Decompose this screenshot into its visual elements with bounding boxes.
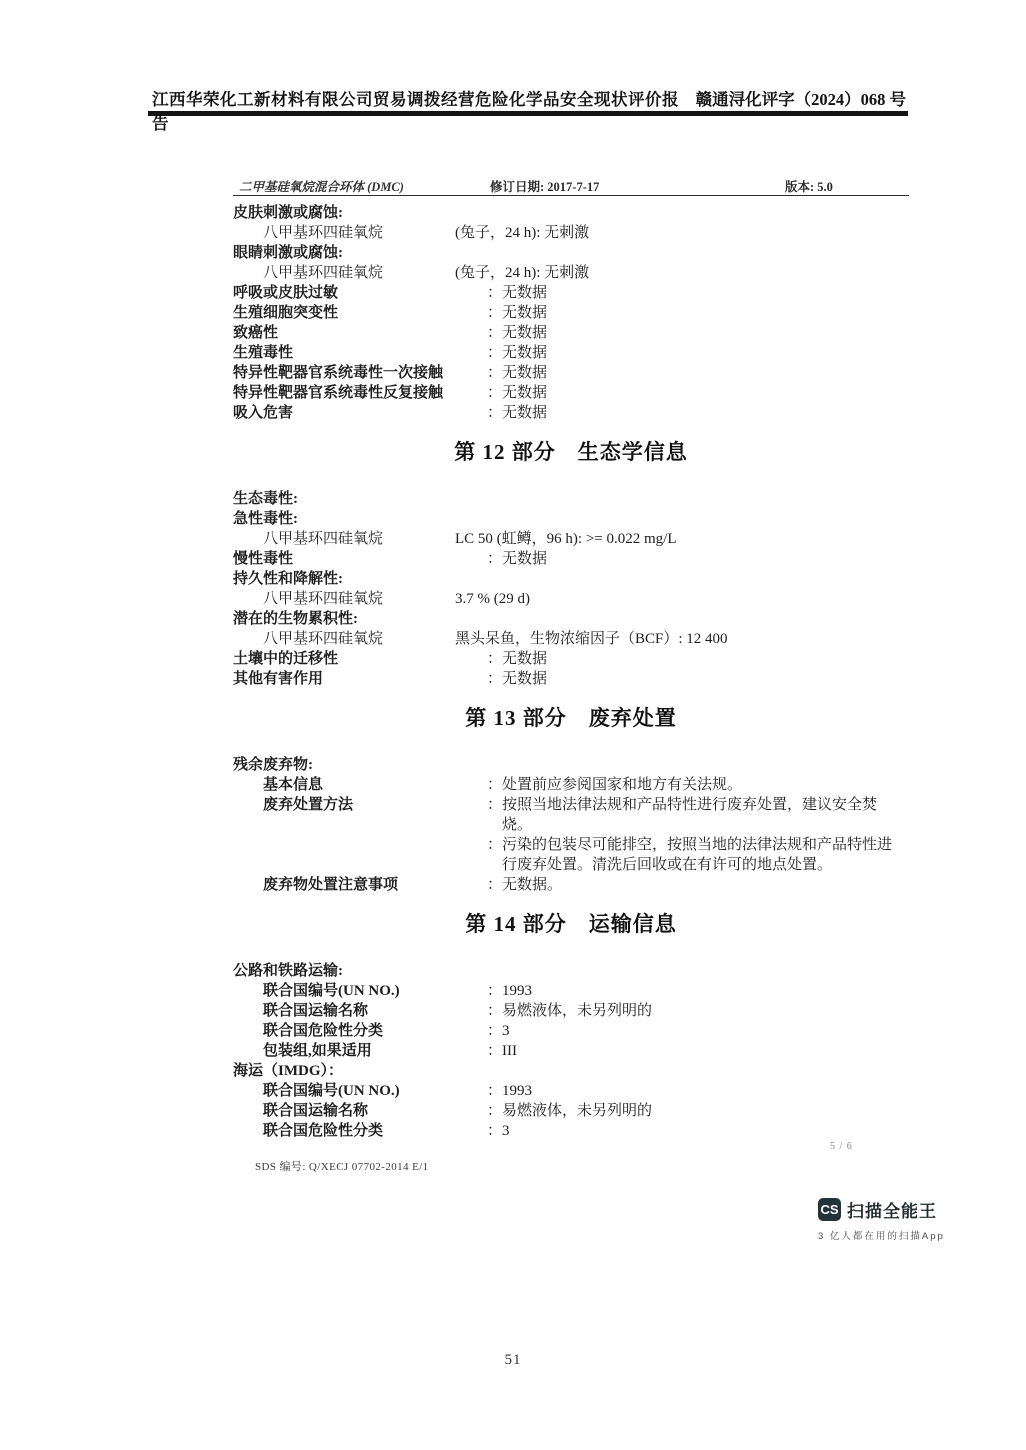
doc-row: 联合国危险性分类：3: [233, 1021, 909, 1041]
doc-row: 基本信息：处置前应参阅国家和地方有关法规。: [233, 775, 909, 795]
row-value: ：无数据: [487, 283, 902, 303]
section-heading: 第 14 部分 运输信息: [233, 909, 909, 939]
doc-row: 海运（IMDG）：: [233, 1061, 909, 1081]
row-label: 生殖细胞突变性: [233, 303, 487, 323]
doc-row: 联合国运输名称：易燃液体，未另列明的: [233, 1101, 909, 1121]
camscanner-watermark: CS 扫描全能王 3 亿人都在用的扫描App: [818, 1197, 988, 1242]
row-value: ：无数据: [487, 343, 902, 363]
sds-code: SDS 编号: Q/XECJ 07702-2014 E/1: [255, 1158, 429, 1174]
row-value: ：无数据: [487, 649, 902, 669]
doc-row: 慢性毒性：无数据: [233, 549, 909, 569]
row-label: 生殖毒性: [233, 343, 487, 363]
sds-version: 版本: 5.0: [785, 177, 833, 195]
row-label: 潜在的生物累积性:: [233, 609, 358, 629]
row-label: 皮肤刺激或腐蚀:: [233, 203, 343, 223]
doc-row: 联合国编号(UN NO.)：1993: [233, 981, 909, 1001]
row-value: 黑头呆鱼，生物浓缩因子（BCF）: 12 400: [455, 629, 870, 649]
row-value: ：无数据: [487, 323, 902, 343]
row-label: 联合国危险性分类: [233, 1121, 487, 1141]
doc-row: 八甲基环四硅氧烷LC 50 (虹鳟，96 h): >= 0.022 mg/L: [233, 529, 909, 549]
report-title: 江西华荣化工新材料有限公司贸易调拨经营危险化学品安全现状评价报告: [152, 86, 696, 134]
doc-row: 八甲基环四硅氧烷(兔子，24 h): 无刺激: [233, 263, 909, 283]
row-label: 联合国运输名称: [233, 1001, 487, 1021]
row-value: ：污染的包装尽可能排空，按照当地的法律法规和产品特性进行废弃处置。清洗后回收或在…: [487, 835, 902, 875]
row-label: 废弃物处置注意事项: [233, 875, 487, 895]
report-header: 江西华荣化工新材料有限公司贸易调拨经营危险化学品安全现状评价报告 赣通浔化评字（…: [152, 86, 906, 134]
doc-row: 八甲基环四硅氧烷3.7 % (29 d): [233, 589, 909, 609]
row-label: 八甲基环四硅氧烷: [233, 529, 455, 549]
camscanner-tagline: 3 亿人都在用的扫描App: [818, 1228, 988, 1242]
row-label: 八甲基环四硅氧烷: [233, 629, 455, 649]
row-label: 土壤中的迁移性: [233, 649, 487, 669]
doc-row: 废弃处置方法：按照当地法律法规和产品特性进行废弃处置，建议安全焚烧。: [233, 795, 909, 835]
row-label: 八甲基环四硅氧烷: [233, 589, 455, 609]
sds-body: 皮肤刺激或腐蚀:八甲基环四硅氧烷(兔子，24 h): 无刺激眼睛刺激或腐蚀:八甲…: [233, 203, 909, 1141]
doc-row: 致癌性：无数据: [233, 323, 909, 343]
cs-badge-icon: CS: [818, 1198, 841, 1221]
row-label: 八甲基环四硅氧烷: [233, 263, 455, 283]
report-doc-number: 赣通浔化评字（2024）068 号: [696, 86, 906, 110]
doc-row: 吸入危害：无数据: [233, 403, 909, 423]
doc-row: 呼吸或皮肤过敏：无数据: [233, 283, 909, 303]
row-label: 海运（IMDG）：: [233, 1061, 343, 1081]
row-value: ：处置前应参阅国家和地方有关法规。: [487, 775, 902, 795]
doc-row: 眼睛刺激或腐蚀:: [233, 243, 909, 263]
row-value: ：1993: [487, 981, 902, 1001]
row-label: 眼睛刺激或腐蚀:: [233, 243, 343, 263]
row-label: 生态毒性:: [233, 489, 298, 509]
row-label: 急性毒性:: [233, 509, 298, 529]
row-value: ：无数据: [487, 383, 902, 403]
row-label: 联合国编号(UN NO.): [233, 1081, 487, 1101]
row-label: 八甲基环四硅氧烷: [233, 223, 455, 243]
row-label: 慢性毒性: [233, 549, 487, 569]
doc-row: 潜在的生物累积性:: [233, 609, 909, 629]
row-value: (兔子，24 h): 无刺激: [455, 263, 870, 283]
sds-title-row: 二甲基硅氧烷混合环体 (DMC) 修订日期: 2017-7-17 版本: 5.0: [233, 176, 909, 196]
row-label: 公路和铁路运输:: [233, 961, 343, 981]
doc-row: 持久性和降解性:: [233, 569, 909, 589]
row-label: 呼吸或皮肤过敏: [233, 283, 487, 303]
row-value: ：3: [487, 1121, 902, 1141]
doc-row: 生态毒性:: [233, 489, 909, 509]
doc-row: ：污染的包装尽可能排空，按照当地的法律法规和产品特性进行废弃处置。清洗后回收或在…: [233, 835, 909, 875]
doc-row: 其他有害作用：无数据: [233, 669, 909, 689]
row-value: ：易燃液体，未另列明的: [487, 1101, 902, 1121]
doc-row: 联合国运输名称：易燃液体，未另列明的: [233, 1001, 909, 1021]
section-heading: 第 12 部分 生态学信息: [233, 437, 909, 467]
doc-row: 特异性靶器官系统毒性反复接触：无数据: [233, 383, 909, 403]
row-label: 联合国编号(UN NO.): [233, 981, 487, 1001]
row-label: 持久性和降解性:: [233, 569, 343, 589]
camscanner-app-name: 扫描全能王: [847, 1197, 937, 1222]
row-value: ：易燃液体，未另列明的: [487, 1001, 902, 1021]
row-value: ：无数据: [487, 549, 902, 569]
page-number: 51: [0, 1352, 1026, 1369]
sds-product-name: 二甲基硅氧烷混合环体 (DMC): [239, 177, 404, 195]
row-value: ：无数据。: [487, 875, 902, 895]
row-value: ：3: [487, 1021, 902, 1041]
row-value: ：无数据: [487, 363, 902, 383]
row-value: ：无数据: [487, 669, 902, 689]
doc-row: 急性毒性:: [233, 509, 909, 529]
doc-row: 残余废弃物:: [233, 755, 909, 775]
row-value: ：1993: [487, 1081, 902, 1101]
doc-row: 包装组,如果适用：III: [233, 1041, 909, 1061]
doc-row: 联合国危险性分类：3: [233, 1121, 909, 1141]
camscanner-logo-row: CS 扫描全能王: [818, 1197, 988, 1222]
row-label: 联合国危险性分类: [233, 1021, 487, 1041]
row-label: 基本信息: [233, 775, 487, 795]
doc-row: 生殖毒性：无数据: [233, 343, 909, 363]
row-value: ：按照当地法律法规和产品特性进行废弃处置，建议安全焚烧。: [487, 795, 902, 835]
doc-row: 皮肤刺激或腐蚀:: [233, 203, 909, 223]
sds-document: 二甲基硅氧烷混合环体 (DMC) 修订日期: 2017-7-17 版本: 5.0…: [233, 176, 909, 1141]
row-label: 吸入危害: [233, 403, 487, 423]
doc-row: 联合国编号(UN NO.)：1993: [233, 1081, 909, 1101]
row-label: 废弃处置方法: [233, 795, 487, 815]
row-value: ：III: [487, 1041, 902, 1061]
row-label: 包装组,如果适用: [233, 1041, 487, 1061]
doc-row: 土壤中的迁移性：无数据: [233, 649, 909, 669]
row-label: 残余废弃物:: [233, 755, 313, 775]
scanned-document-page: 江西华荣化工新材料有限公司贸易调拨经营危险化学品安全现状评价报告 赣通浔化评字（…: [0, 0, 1026, 1450]
doc-row: 八甲基环四硅氧烷(兔子，24 h): 无刺激: [233, 223, 909, 243]
row-value: 3.7 % (29 d): [455, 589, 870, 609]
section-heading: 第 13 部分 废弃处置: [233, 703, 909, 733]
sheet-page-marker: 5 / 6: [830, 1141, 853, 1152]
header-divider: [148, 111, 908, 116]
row-label: 其他有害作用: [233, 669, 487, 689]
doc-row: 公路和铁路运输:: [233, 961, 909, 981]
doc-row: 特异性靶器官系统毒性一次接触：无数据: [233, 363, 909, 383]
row-label: 致癌性: [233, 323, 487, 343]
row-value: (兔子，24 h): 无刺激: [455, 223, 870, 243]
row-label: 特异性靶器官系统毒性反复接触: [233, 383, 487, 403]
sds-revision-date: 修订日期: 2017-7-17: [490, 177, 599, 195]
row-value: ：无数据: [487, 303, 902, 323]
row-value: ：无数据: [487, 403, 902, 423]
doc-row: 生殖细胞突变性：无数据: [233, 303, 909, 323]
doc-row: 八甲基环四硅氧烷黑头呆鱼，生物浓缩因子（BCF）: 12 400: [233, 629, 909, 649]
row-label: 特异性靶器官系统毒性一次接触: [233, 363, 487, 383]
row-value: LC 50 (虹鳟，96 h): >= 0.022 mg/L: [455, 529, 870, 549]
row-label: 联合国运输名称: [233, 1101, 487, 1121]
doc-row: 废弃物处置注意事项：无数据。: [233, 875, 909, 895]
